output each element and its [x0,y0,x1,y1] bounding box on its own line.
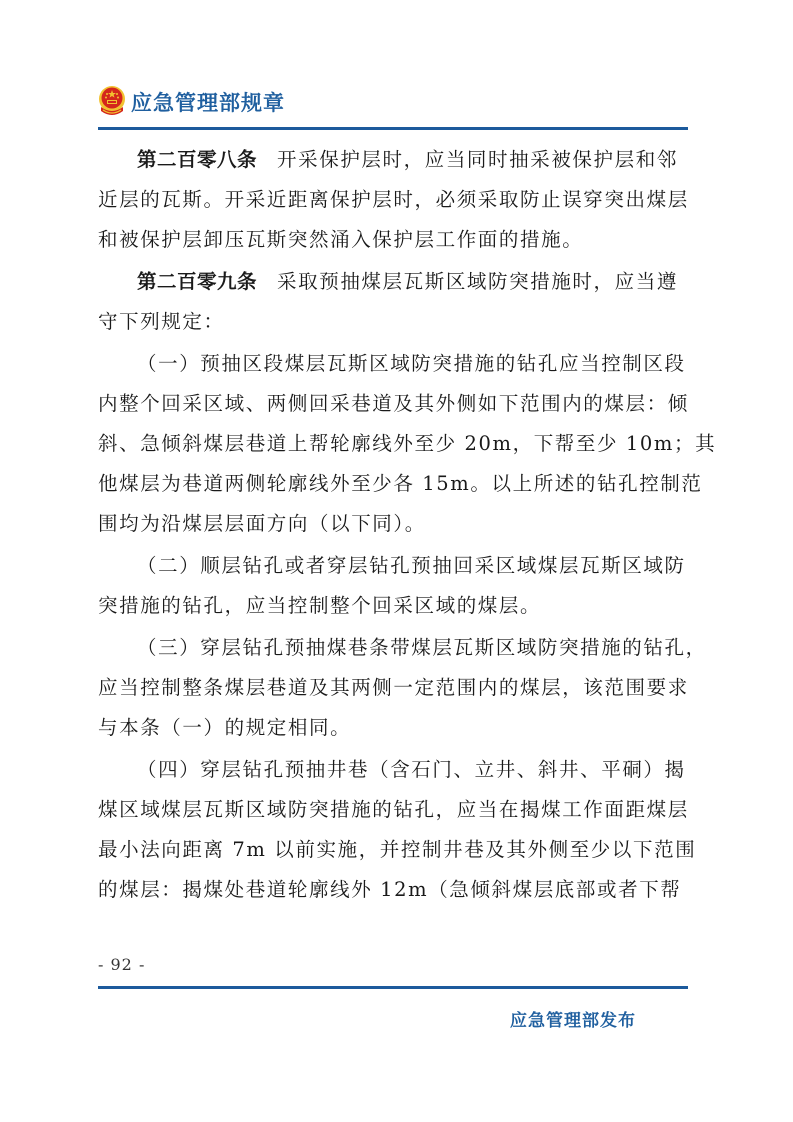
clause-1: （一）预抽区段煤层瓦斯区域防突措施的钻孔应当控制区段 内整个回采区域、两侧回采巷… [98,344,688,544]
text-line: 应当控制整条煤层巷道及其两侧一定范围内的煤层，该范围要求 [98,668,688,708]
text-line: 最小法向距离 7m 以前实施，并控制井巷及其外侧至少以下范围 [98,830,688,870]
text-line: 斜、急倾斜煤层巷道上帮轮廓线外至少 20m，下帮至少 10m；其 [98,424,688,464]
header-title: 应急管理部规章 [131,87,285,117]
text-line: （三）穿层钻孔预抽煤巷条带煤层瓦斯区域防突措施的钻孔， [98,628,688,668]
article-label: 第二百零八条 [137,148,257,171]
clause-4: （四）穿层钻孔预抽井巷（含石门、立井、斜井、平硐）揭 煤区域煤层瓦斯区域防突措施… [98,750,688,910]
text-line: 近层的瓦斯。开采近距离保护层时，必须采取防止误穿突出煤层 [98,180,688,220]
article-208: 第二百零八条开采保护层时，应当同时抽采被保护层和邻 近层的瓦斯。开采近距离保护层… [98,140,688,260]
national-emblem-icon [97,85,127,119]
text-line: 守下列规定： [98,302,688,342]
document-header: 应急管理部规章 [97,82,285,122]
text-line: 突措施的钻孔，应当控制整个回采区域的煤层。 [98,586,688,626]
text-line: 的煤层：揭煤处巷道轮廓线外 12m（急倾斜煤层底部或者下帮 [98,870,688,910]
text-line: （一）预抽区段煤层瓦斯区域防突措施的钻孔应当控制区段 [98,344,688,384]
text-line: 第二百零九条采取预抽煤层瓦斯区域防突措施时，应当遵 [98,262,688,302]
footer-divider [98,986,688,989]
text-line: 围均为沿煤层层面方向（以下同）。 [98,504,688,544]
article-209: 第二百零九条采取预抽煤层瓦斯区域防突措施时，应当遵 守下列规定： [98,262,688,342]
text-line: 煤区域煤层瓦斯区域防突措施的钻孔，应当在揭煤工作面距煤层 [98,790,688,830]
clause-3: （三）穿层钻孔预抽煤巷条带煤层瓦斯区域防突措施的钻孔， 应当控制整条煤层巷道及其… [98,628,688,748]
text-line: （二）顺层钻孔或者穿层钻孔预抽回采区域煤层瓦斯区域防 [98,546,688,586]
publisher-label: 应急管理部发布 [510,1006,636,1031]
text-line: 与本条（一）的规定相同。 [98,708,688,748]
text-line: （四）穿层钻孔预抽井巷（含石门、立井、斜井、平硐）揭 [98,750,688,790]
article-label: 第二百零九条 [137,270,257,293]
text-line: 内整个回采区域、两侧回采巷道及其外侧如下范围内的煤层：倾 [98,384,688,424]
text-line: 他煤层为巷道两侧轮廓线外至少各 15m。以上所述的钻孔控制范 [98,464,688,504]
clause-2: （二）顺层钻孔或者穿层钻孔预抽回采区域煤层瓦斯区域防 突措施的钻孔，应当控制整个… [98,546,688,626]
page-number: - 92 - [98,955,145,974]
header-divider [98,127,688,130]
text-line: 第二百零八条开采保护层时，应当同时抽采被保护层和邻 [98,140,688,180]
document-body: 第二百零八条开采保护层时，应当同时抽采被保护层和邻 近层的瓦斯。开采近距离保护层… [98,140,688,912]
text-line: 和被保护层卸压瓦斯突然涌入保护层工作面的措施。 [98,220,688,260]
